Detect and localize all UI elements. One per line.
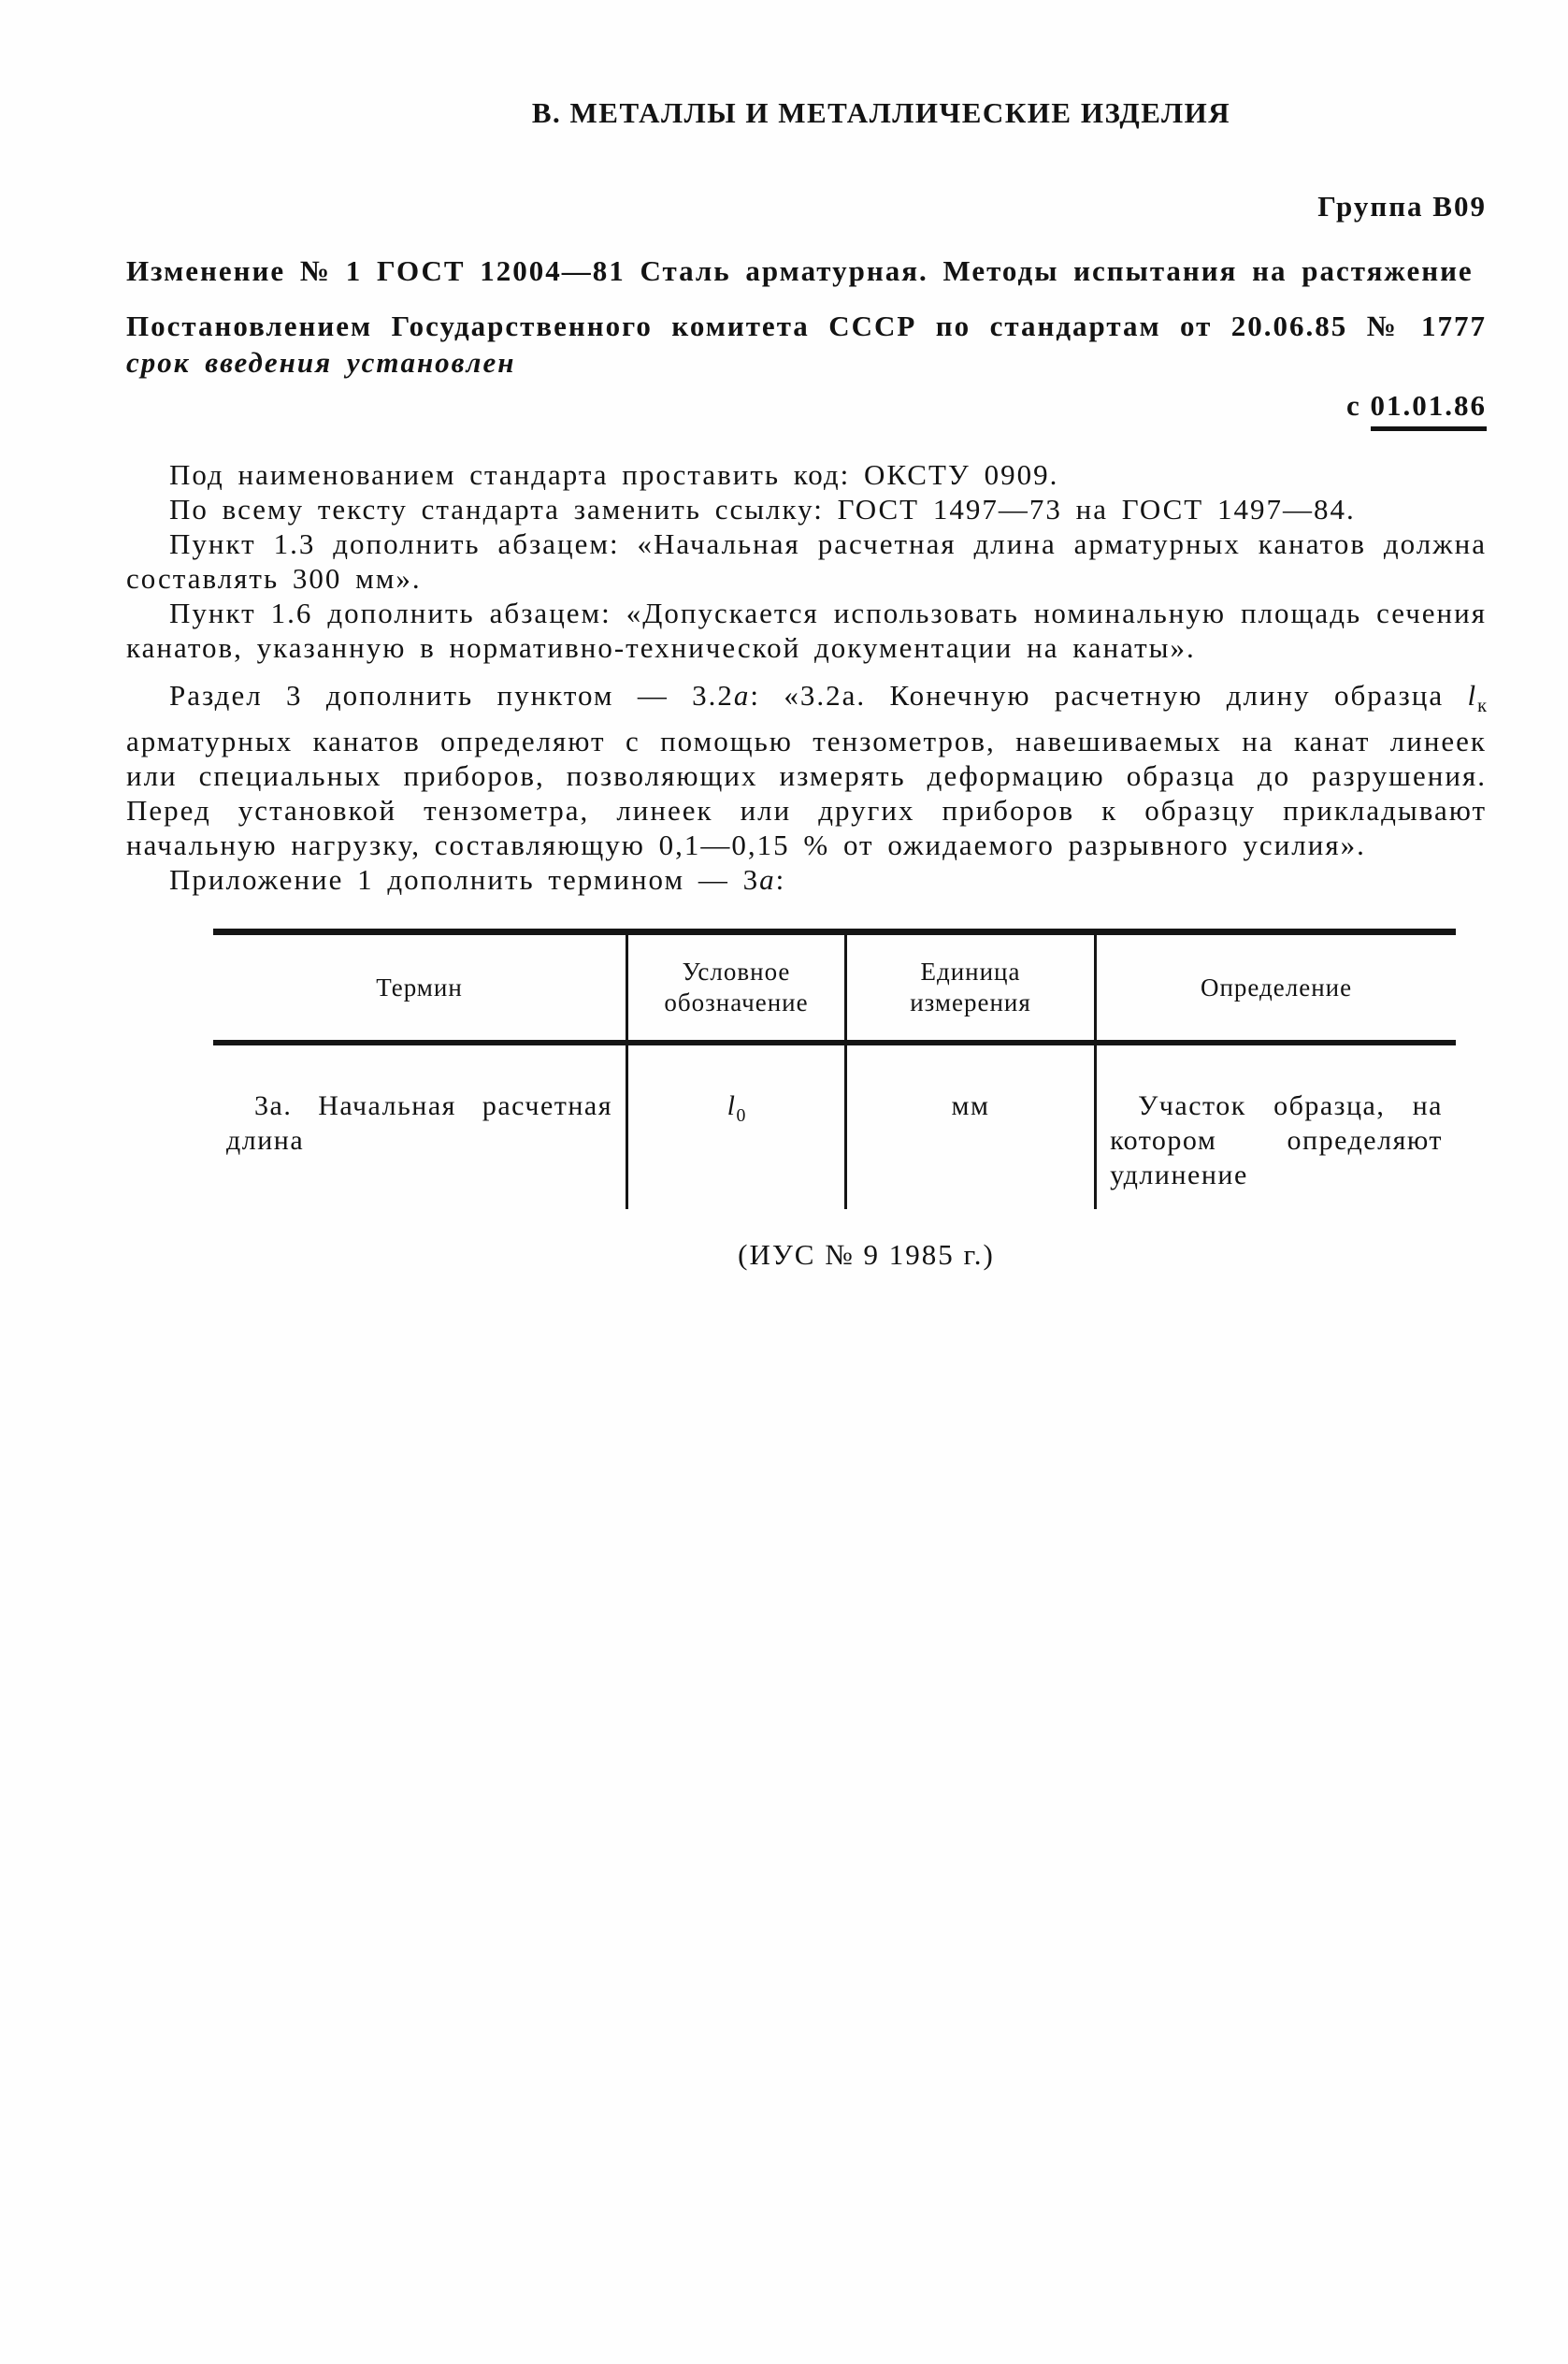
unit-cell: мм	[845, 1043, 1095, 1209]
terms-table-body: 3а. Начальная расчетная длина l0 мм Учас…	[213, 1043, 1456, 1209]
effective-date: с 01.01.86	[126, 388, 1487, 424]
page-content: В. МЕТАЛЛЫ И МЕТАЛЛИЧЕСКИЕ ИЗДЕЛИЯ Групп…	[126, 0, 1487, 1273]
paragraph-replace-reference: По всему тексту стандарта заменить ссылк…	[126, 492, 1487, 526]
column-header-unit: Единица измерения	[845, 932, 1095, 1044]
column-header-term: Термин	[213, 932, 627, 1044]
paragraph-clause-1-6: Пункт 1.6 дополнить абзацем: «Допускаетс…	[126, 596, 1487, 665]
column-header-symbol: Условное обозначение	[627, 932, 846, 1044]
group-label: Группа В09	[126, 189, 1487, 224]
header-row: Термин Условное обозначение Единица изме…	[213, 932, 1456, 1044]
table-row: 3а. Начальная расчетная длина l0 мм Учас…	[213, 1043, 1456, 1209]
column-header-definition: Определение	[1096, 932, 1456, 1044]
paragraph-section-3: Раздел 3 дополнить пунктом — 3.2а: «3.2а…	[126, 678, 1487, 862]
terms-table: Термин Условное обозначение Единица изме…	[213, 929, 1456, 1209]
section-title: В. МЕТАЛЛЫ И МЕТАЛЛИЧЕСКИЕ ИЗДЕЛИЯ	[276, 95, 1487, 131]
amendment-heading: Изменение № 1 ГОСТ 12004—81 Сталь армату…	[126, 252, 1487, 289]
paragraph-clause-1-3: Пункт 1.3 дополнить абзацем: «Начальная …	[126, 526, 1487, 596]
source-note: (ИУС № 9 1985 г.)	[246, 1237, 1487, 1273]
symbol-cell: l0	[627, 1043, 846, 1209]
definition-cell: Участок образца, на котором определяют у…	[1096, 1043, 1456, 1209]
paragraph-appendix-1: Приложение 1 дополнить термином — 3а:	[126, 862, 1487, 897]
paragraph-okstu-code: Под наименованием стандарта проставить к…	[126, 457, 1487, 492]
amendment-body: Под наименованием стандарта проставить к…	[126, 457, 1487, 897]
terms-table-header: Термин Условное обозначение Единица изме…	[213, 932, 1456, 1044]
decree-paragraph: Постановлением Государственного комитета…	[126, 308, 1487, 381]
scanned-standard-page: В. МЕТАЛЛЫ И МЕТАЛЛИЧЕСКИЕ ИЗДЕЛИЯ Групп…	[0, 0, 1568, 2364]
term-cell: 3а. Начальная расчетная длина	[213, 1043, 627, 1209]
